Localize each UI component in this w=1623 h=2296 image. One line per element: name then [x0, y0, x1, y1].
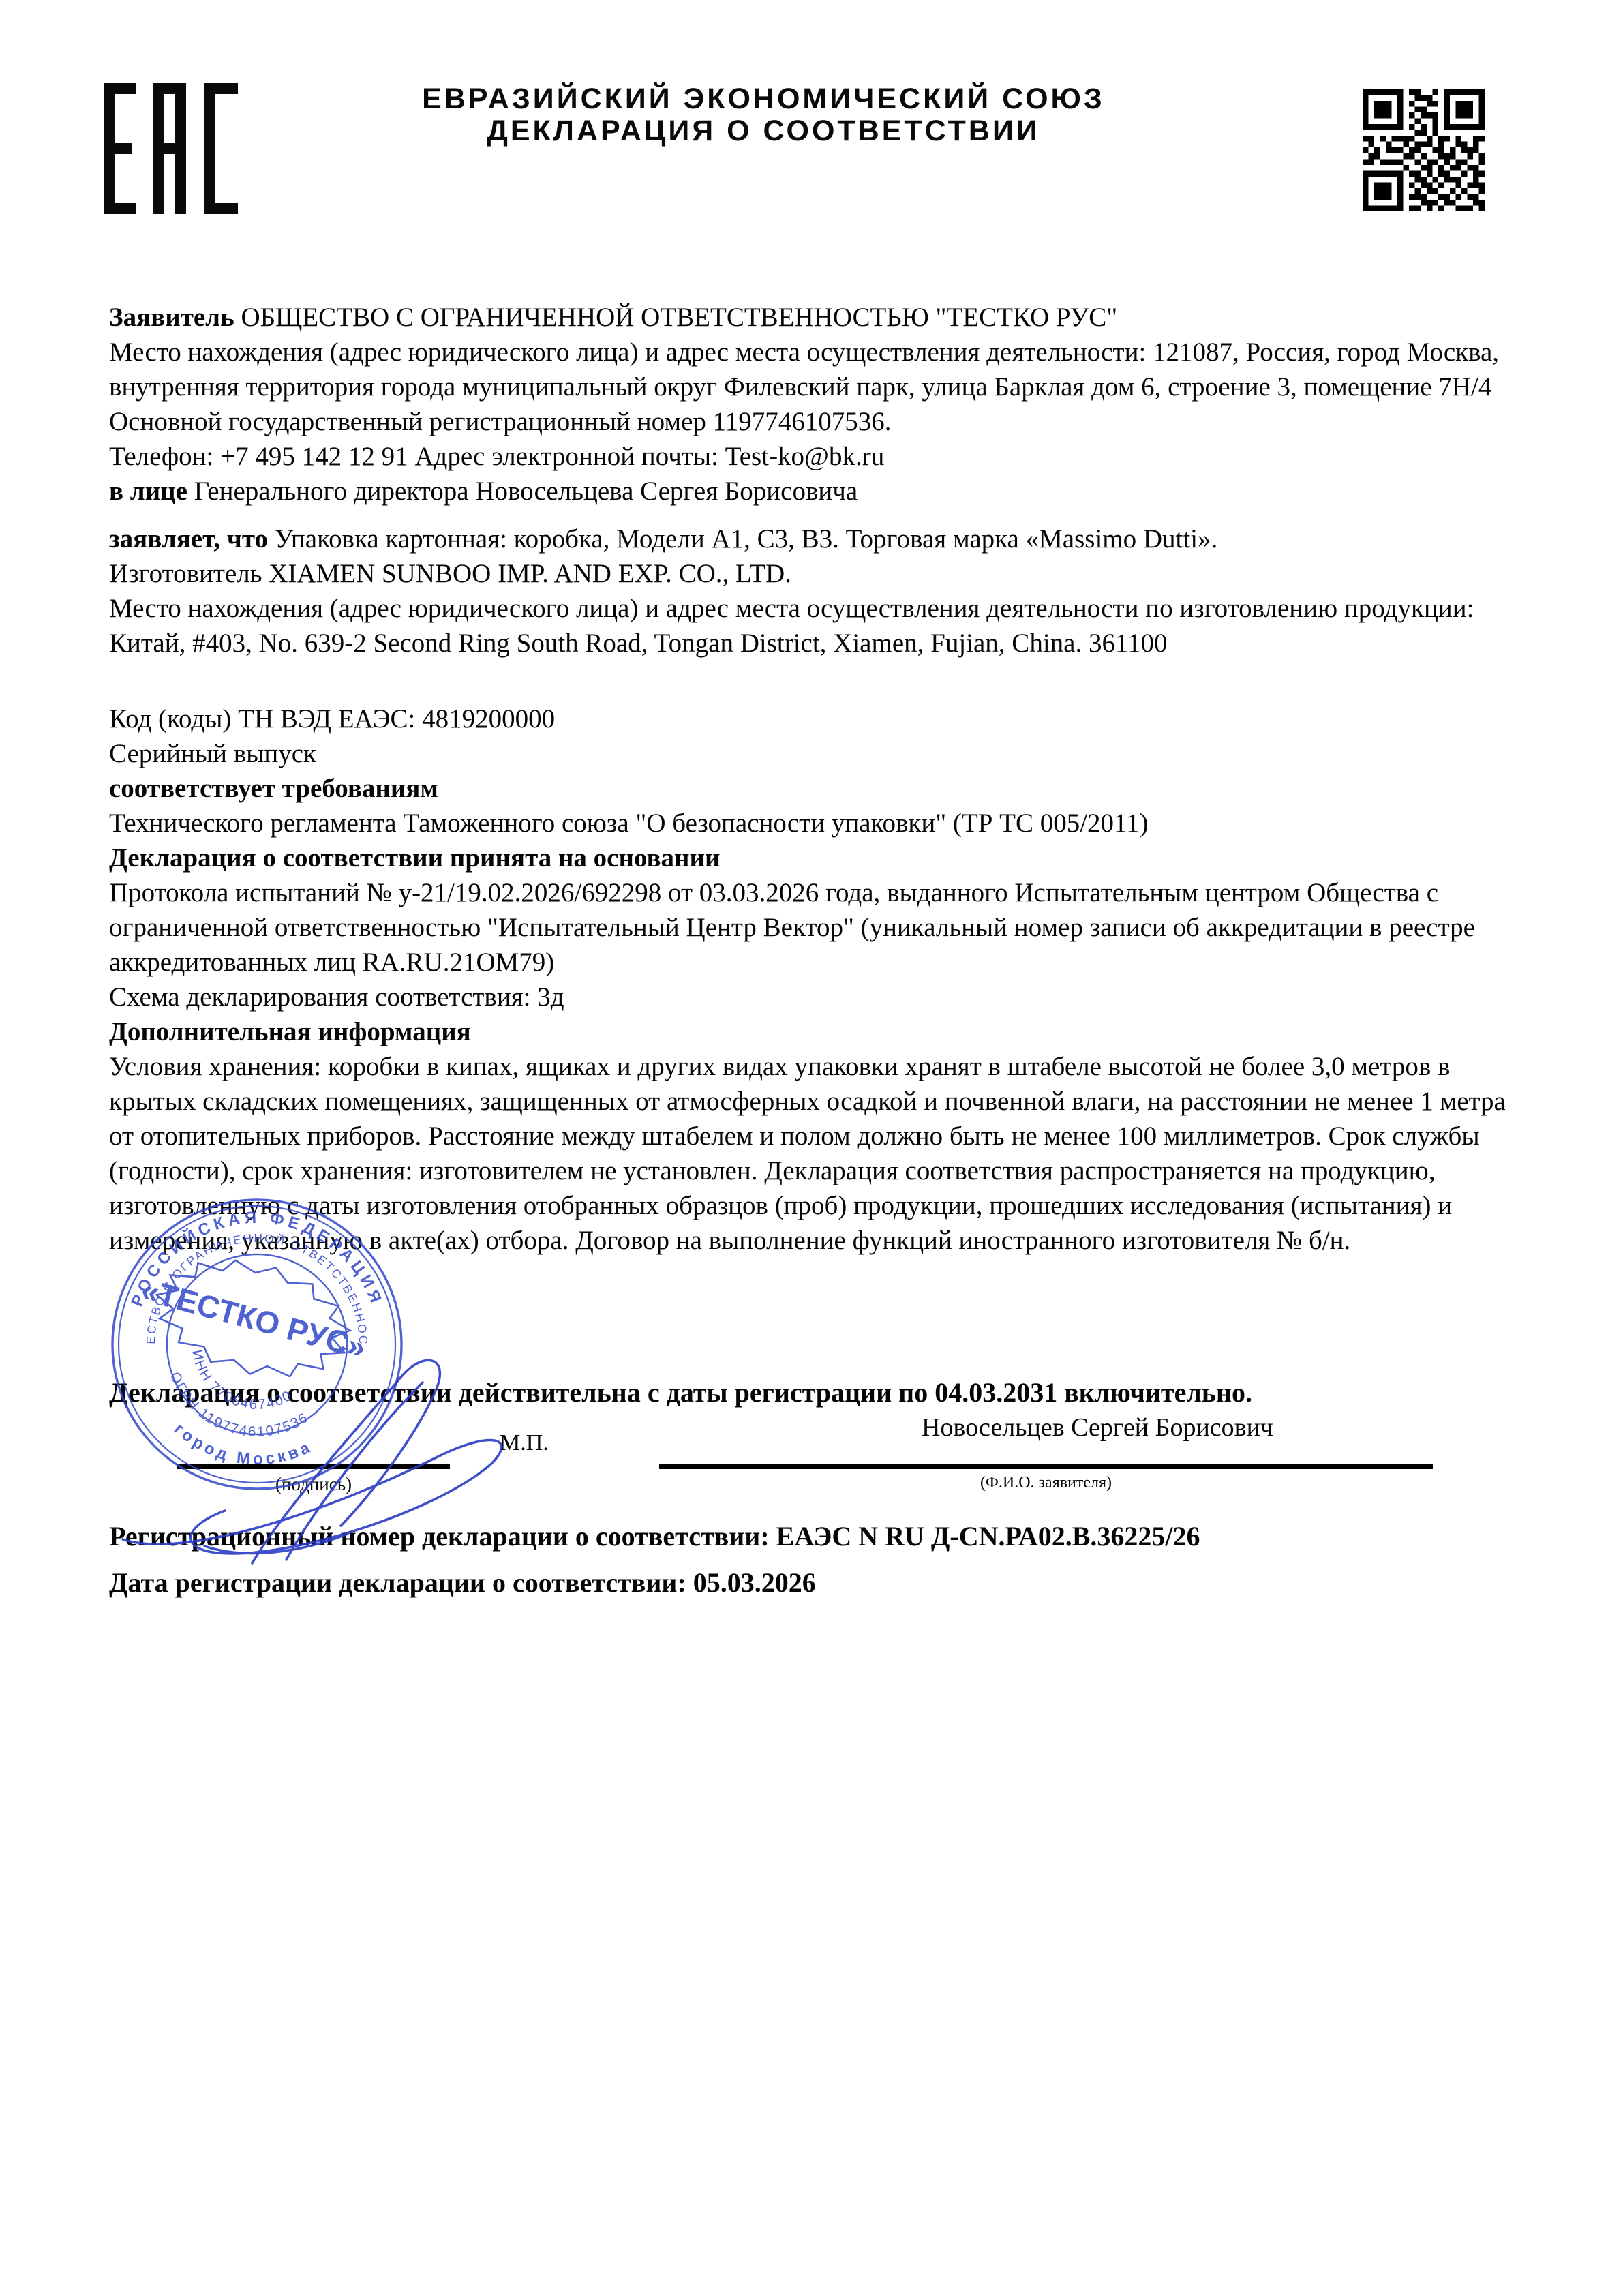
fio-caption: (Ф.И.О. заявителя)	[659, 1474, 1433, 1492]
document-body: Заявитель ОБЩЕСТВО С ОГРАНИЧЕННОЙ ОТВЕТС…	[109, 300, 1520, 1258]
signature-scribble	[82, 1335, 532, 1567]
registration-date-row: Дата регистрации декларации о соответств…	[109, 1567, 816, 1599]
registration-number-value: ЕАЭС N RU Д-CN.РА02.В.36225/26	[776, 1521, 1200, 1552]
text-block: Изготовитель XIAMEN SUNBOO IMP. AND EXP.…	[109, 556, 1520, 591]
text-block: Декларация о соответствии принята на осн…	[109, 841, 1520, 875]
title-line-2: ДЕКЛАРАЦИЯ О СООТВЕТСТВИИ	[341, 115, 1186, 147]
signer-name: Новосельцев Сергей Борисович	[688, 1413, 1506, 1442]
fio-line	[659, 1464, 1433, 1469]
text-block: в лице Генерального директора Новосельце…	[109, 474, 1520, 509]
title-line-1: ЕВРАЗИЙСКИЙ ЭКОНОМИЧЕСКИЙ СОЮЗ	[341, 83, 1186, 115]
text-block: Протокола испытаний № у-21/19.02.2026/69…	[109, 875, 1520, 980]
declaration-document: ЕВРАЗИЙСКИЙ ЭКОНОМИЧЕСКИЙ СОЮЗ ДЕКЛАРАЦИ…	[0, 0, 1623, 2296]
text-block: заявляет, что Упаковка картонная: коробк…	[109, 522, 1520, 556]
text-block: Заявитель ОБЩЕСТВО С ОГРАНИЧЕННОЙ ОТВЕТС…	[109, 300, 1520, 335]
text-block: Код (коды) ТН ВЭД ЕАЭС: 4819200000	[109, 701, 1520, 736]
registration-date-value: 05.03.2026	[693, 1567, 816, 1598]
text-block: Основной государственный регистрационный…	[109, 404, 1520, 439]
text-block: Серийный выпуск	[109, 736, 1520, 771]
text-block: Дополнительная информация	[109, 1014, 1520, 1049]
text-block: Место нахождения (адрес юридического лиц…	[109, 591, 1520, 661]
qr-code	[1363, 89, 1485, 211]
document-title: ЕВРАЗИЙСКИЙ ЭКОНОМИЧЕСКИЙ СОЮЗ ДЕКЛАРАЦИ…	[341, 83, 1186, 147]
eac-mark-icon	[104, 83, 241, 214]
text-block: Схема декларирования соответствия: 3д	[109, 980, 1520, 1014]
text-block: Место нахождения (адрес юридического лиц…	[109, 335, 1520, 404]
registration-date-label: Дата регистрации декларации о соответств…	[109, 1567, 693, 1598]
text-block: Телефон: +7 495 142 12 91 Адрес электрон…	[109, 439, 1520, 474]
text-block: соответствует требованиям	[109, 771, 1520, 806]
text-block: Технического регламента Таможенного союз…	[109, 806, 1520, 841]
